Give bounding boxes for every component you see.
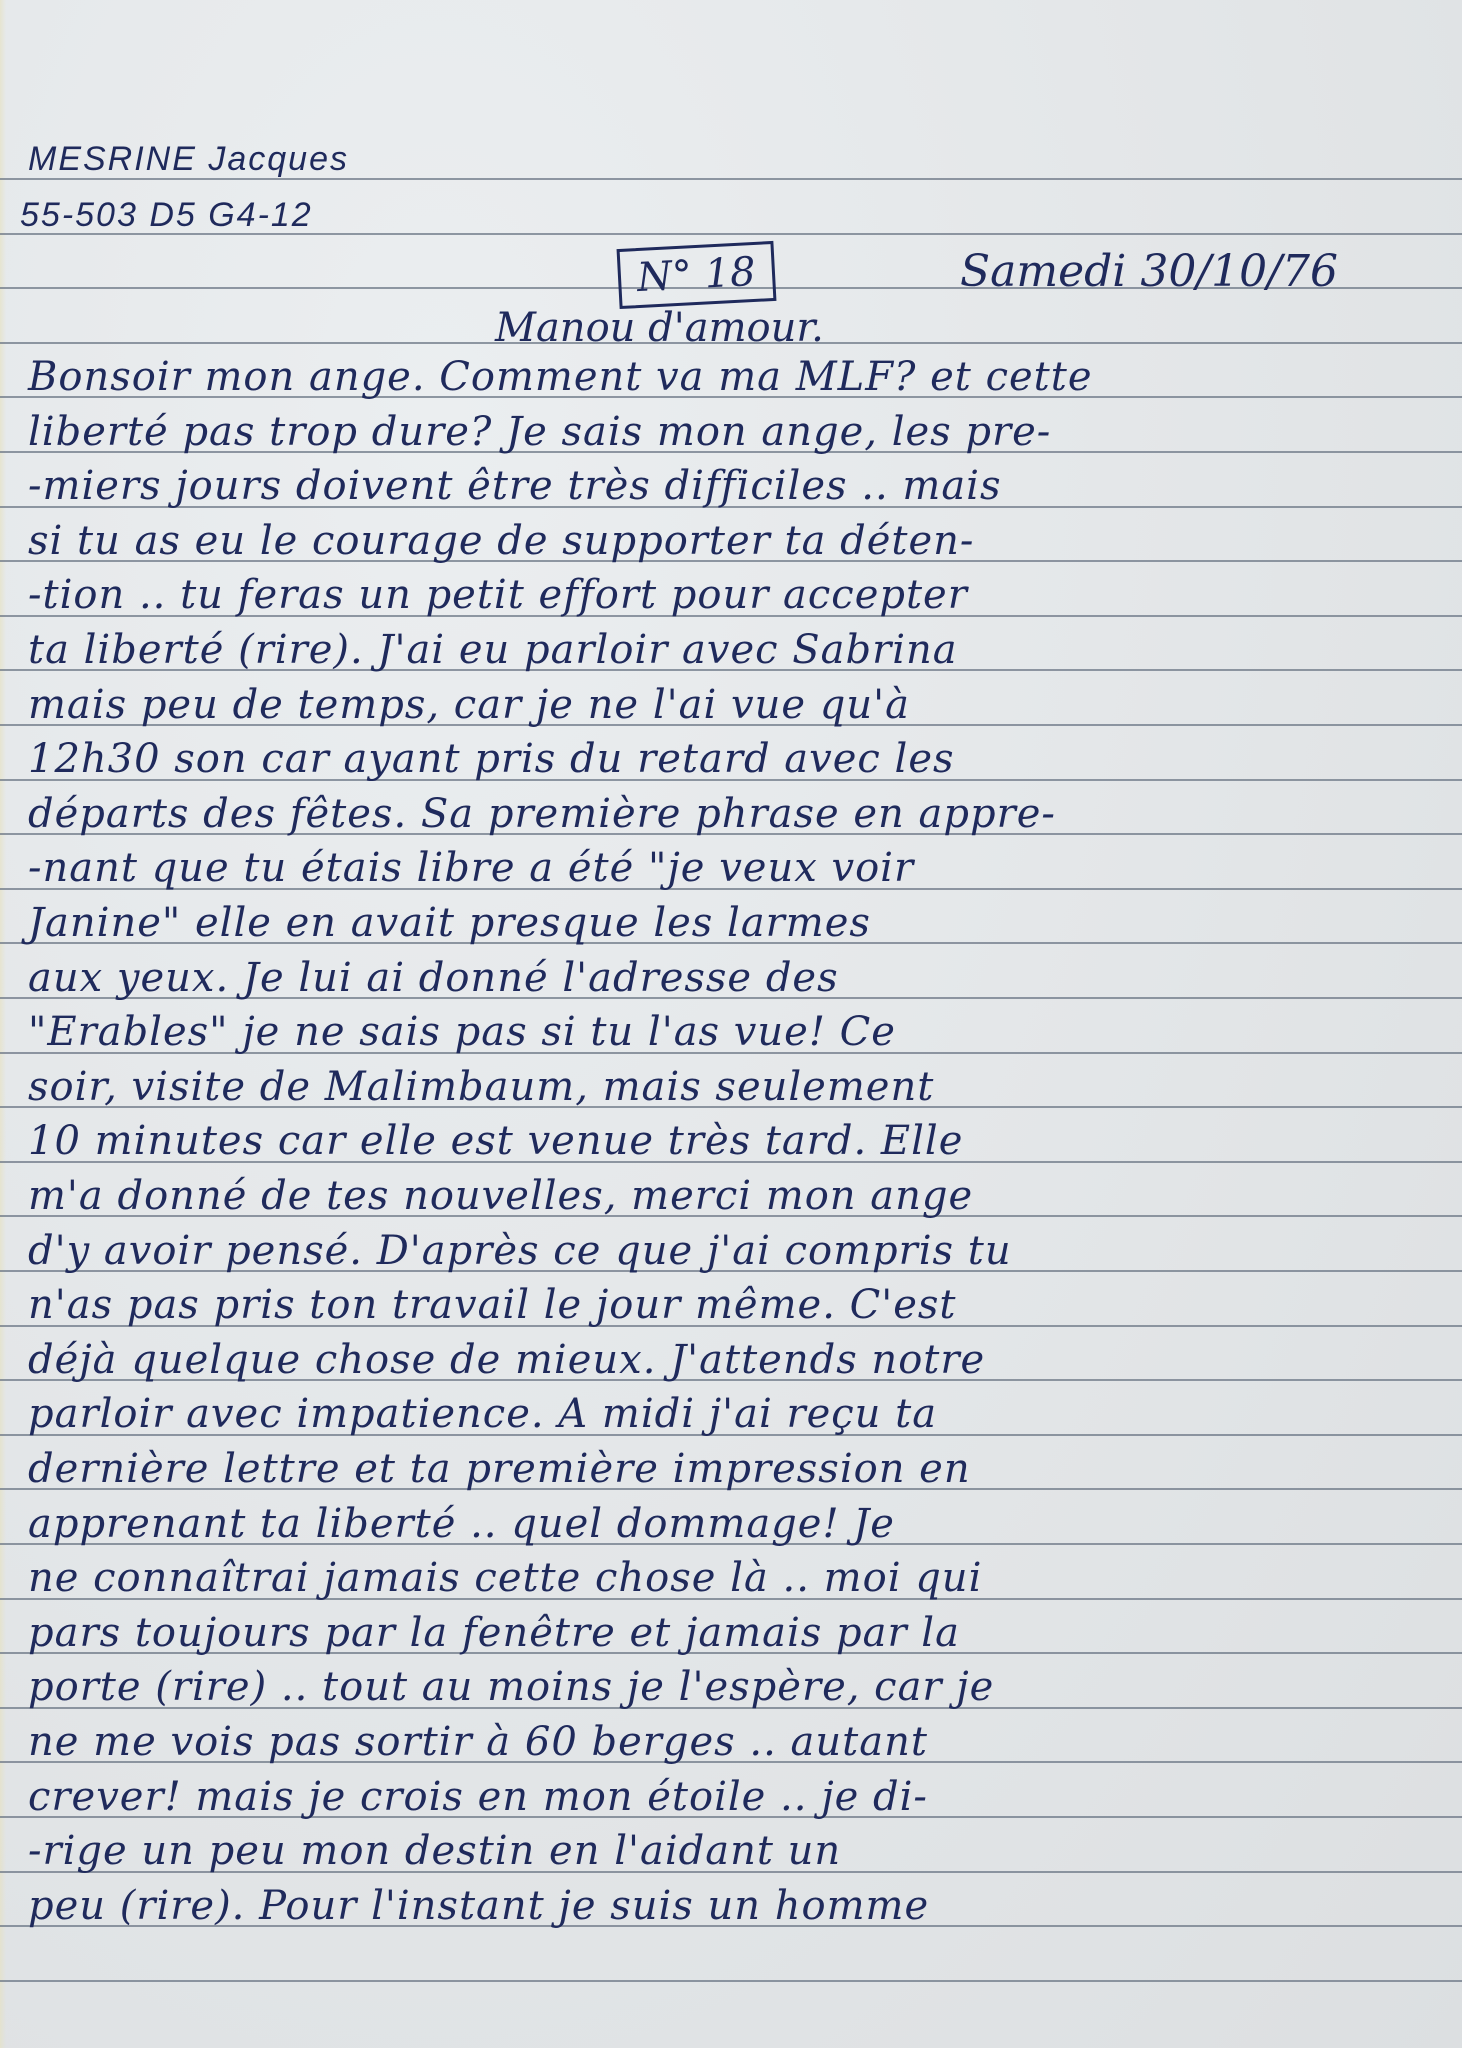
- letter-line: dernière lettre et ta première impressio…: [28, 1449, 971, 1489]
- letter-line: soir, visite de Malimbaum, mais seulemen…: [28, 1067, 934, 1107]
- letter-line: -rige un peu mon destin en l'aidant un: [28, 1831, 841, 1871]
- letter-line: 12h30 son car ayant pris du retard avec …: [28, 739, 955, 779]
- letter-line: aux yeux. Je lui ai donné l'adresse des: [28, 958, 839, 998]
- letter-line: ne connaîtrai jamais cette chose là .. m…: [28, 1558, 982, 1598]
- letter-line: départs des fêtes. Sa première phrase en…: [28, 794, 1056, 834]
- letter-line: n'as pas pris ton travail le jour même. …: [28, 1285, 957, 1325]
- letter-line: ne me vois pas sortir à 60 berges .. aut…: [28, 1722, 928, 1762]
- salutation: Manou d'amour.: [495, 308, 824, 348]
- ruled-line: [0, 1980, 1462, 1982]
- letter-line: "Erables" je ne sais pas si tu l'as vue!…: [28, 1012, 896, 1052]
- letter-line: peu (rire). Pour l'instant je suis un ho…: [28, 1886, 929, 1926]
- letter-sheet: MESRINE Jacques 55-503 D5 G4-12 N° 18 Sa…: [0, 0, 1462, 2048]
- letter-line: 10 minutes car elle est venue très tard.…: [28, 1121, 963, 1161]
- letter-line: crever! mais je crois en mon étoile .. j…: [28, 1777, 928, 1817]
- letter-line: apprenant ta liberté .. quel dommage! Je: [28, 1504, 895, 1544]
- letter-line: -nant que tu étais libre a été "je veux …: [28, 848, 914, 888]
- letter-line: Janine" elle en avait presque les larmes: [28, 903, 871, 943]
- letter-number: N° 18: [636, 249, 757, 301]
- prisoner-id: 55-503 D5 G4-12: [20, 198, 313, 232]
- letter-line: -miers jours doivent être très difficile…: [28, 466, 1002, 506]
- letter-line: Bonsoir mon ange. Comment va ma MLF? et …: [28, 357, 1093, 397]
- letter-number-box: N° 18: [617, 241, 777, 309]
- ruled-line: [0, 178, 1462, 180]
- letter-line: pars toujours par la fenêtre et jamais p…: [28, 1613, 960, 1653]
- letter-line: parloir avec impatience. A midi j'ai reç…: [28, 1394, 937, 1434]
- letter-line: déjà quelque chose de mieux. J'attends n…: [28, 1340, 985, 1380]
- sender-name: MESRINE Jacques: [28, 142, 349, 176]
- letter-line: si tu as eu le courage de supporter ta d…: [28, 521, 974, 561]
- letter-line: -tion .. tu feras un petit effort pour a…: [28, 575, 968, 615]
- letter-line: ta liberté (rire). J'ai eu parloir avec …: [28, 630, 958, 670]
- letter-line: mais peu de temps, car je ne l'ai vue qu…: [28, 685, 910, 725]
- letter-line: d'y avoir pensé. D'après ce que j'ai com…: [28, 1231, 1012, 1271]
- letter-line: m'a donné de tes nouvelles, merci mon an…: [28, 1176, 973, 1216]
- letter-line: liberté pas trop dure? Je sais mon ange,…: [28, 412, 1051, 452]
- letter-line: porte (rire) .. tout au moins je l'espèr…: [28, 1667, 994, 1707]
- letter-date: Samedi 30/10/76: [960, 250, 1338, 294]
